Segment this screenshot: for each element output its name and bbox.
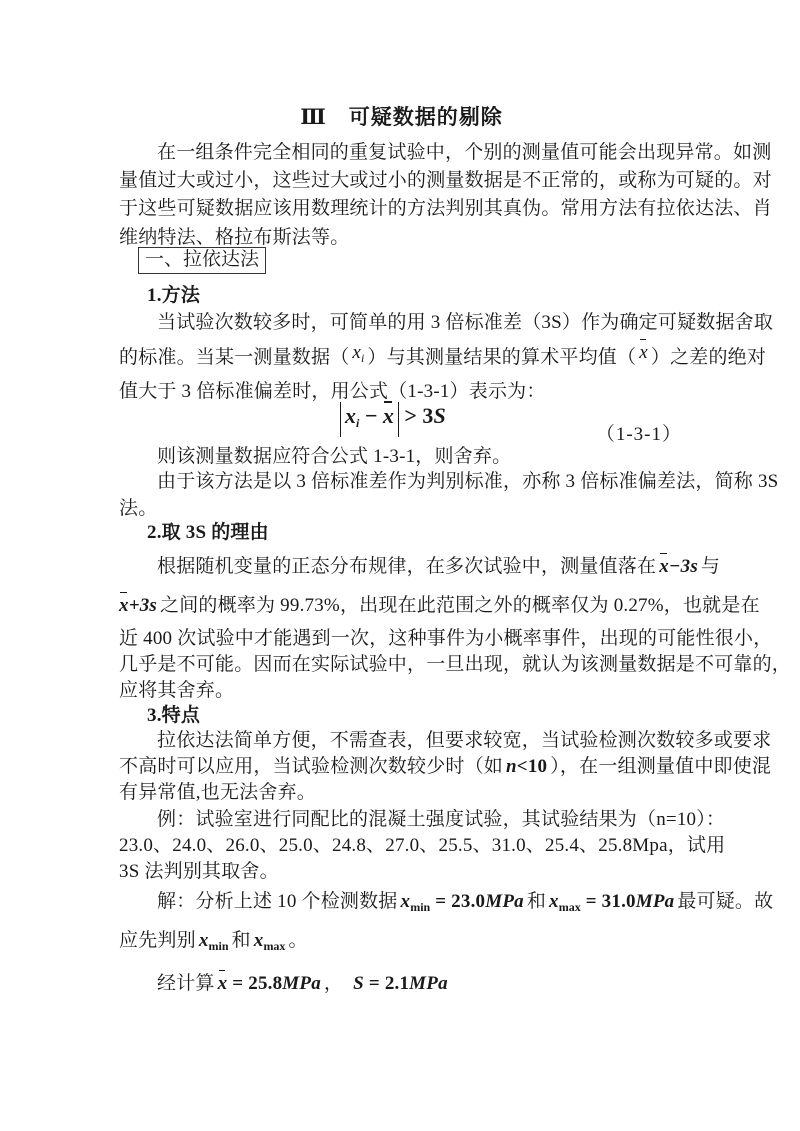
math-variable: x (199, 930, 209, 951)
math-xmax: xmax (254, 930, 286, 951)
method-line-3: 值大于 3 倍标准偏差时，用公式（1-3-1）表示为： (119, 380, 684, 404)
math-variable-overbar: x (218, 972, 228, 996)
math-expression: <10 (517, 756, 547, 777)
text-run: 和 (232, 930, 251, 951)
math-variable: x (254, 930, 264, 951)
math-variable-overbar: x (639, 341, 648, 365)
subheading-feature: 3.特点 (119, 704, 684, 728)
reason-line-1: 根据随机变量的正态分布规律，在多次试验中，测量值落在x−3s与 (119, 555, 684, 579)
subheading-reason: 2.取 3S 的理由 (119, 521, 684, 545)
math-x-sub-i: xi (352, 342, 364, 363)
reason-line-3: 近 400 次试验中才能遇到一次，这种事件为小概率事件，出现的可能性很小， (119, 627, 684, 651)
math-value: = 25.8 (232, 973, 282, 994)
absolute-value-bars: xi − x (340, 402, 399, 437)
intro-line-3: 于这些可疑数据应该用数理统计的方法判别其真伪。常用方法有拉依达法、肖 (119, 197, 684, 221)
math-x-bar: x (639, 342, 648, 363)
math-value: = 31.0 (586, 891, 636, 912)
text-run: 与 (701, 556, 720, 577)
math-variable: x (401, 891, 411, 912)
math-variable-overbar: x (383, 403, 394, 429)
feature-line-2: 不高时可以应用，当试验检测次数较少时（如n<10），在一组测量值中即使混 (119, 755, 684, 779)
math-xmax-value: xmax = 31.0MPa (549, 891, 674, 912)
intro-line-2: 量值过大或过小，这些过大或过小的测量数据是不正常的，或称为可疑的。对 (119, 169, 684, 193)
math-subscript: i (356, 416, 359, 430)
document-page: Ⅲ 可疑数据的剔除 在一组条件完全相同的重复试验中，个别的测量值可能会出现异常。… (0, 0, 800, 1131)
text-run: 和 (527, 891, 546, 912)
math-variable-overbar: x (659, 555, 669, 579)
math-variable: x (345, 403, 356, 428)
math-subscript: min (209, 939, 229, 953)
text-run: ， (324, 973, 343, 994)
text-run: ）之差的绝对 (651, 347, 766, 368)
reason-line-2: x+3s之间的概率为 99.73%，出现在此范围之外的概率仅为 0.27%，也就… (119, 594, 684, 618)
text-run: 的标准。当某一测量数据（ (119, 347, 349, 368)
math-variable: x (549, 891, 559, 912)
example-line-1: 例：试验室进行同配比的混凝土强度试验，其试验结果为（n=10）： (119, 808, 684, 832)
math-xmin-value: xmin = 23.0MPa (401, 891, 524, 912)
text-run: 之间的概率为 99.73%，出现在此范围之外的概率仅为 0.27%，也就是在 (160, 595, 760, 616)
equation-number: （1-3-1） (596, 419, 682, 446)
math-unit: MPa (485, 891, 524, 912)
math-subscript: min (410, 900, 430, 914)
feature-line-3: 有异常值,也无法舍弃。 (119, 781, 684, 805)
math-variable: S (353, 973, 364, 994)
math-s-value: S = 2.1MPa (353, 973, 448, 994)
math-xbar-plus-3s: x+3s (119, 595, 157, 616)
subheading-method: 1.方法 (119, 284, 684, 308)
judge-line-1: 则该测量数据应符合公式 1-3-1，则舍弃。 (119, 445, 684, 469)
text-run: 应先判别 (119, 930, 196, 951)
text-run: 不高时可以应用，当试验检测次数较少时（如 (119, 756, 503, 777)
method-line-2: 的标准。当某一测量数据（xi）与其测量结果的算术平均值（x）之差的绝对 (119, 346, 684, 375)
math-unit: MPa (282, 973, 321, 994)
math-value: = 2.1 (369, 973, 409, 994)
feature-line-1: 拉依达法简单方便，不需查表，但要求较宽，当试验检测次数较多或要求 (119, 729, 684, 753)
math-xbar-minus-3s: x−3s (659, 556, 698, 577)
math-n-less-than-10: n<10 (506, 756, 547, 777)
alias-line-2: 法。 (119, 497, 684, 521)
math-unit: MPa (409, 973, 448, 994)
text-run: ）与其测量结果的算术平均值（ (367, 347, 636, 368)
equation-row: xi − x > 3S （1-3-1） (119, 402, 684, 446)
method-line-1: 当试验次数较多时，可简单的用 3 倍标准差（3S）作为确定可疑数据舍取 (119, 311, 684, 335)
math-value: = 23.0 (435, 891, 485, 912)
section-heading-box: 一、拉依达法 (138, 247, 266, 274)
reason-line-4: 几乎是不可能。因而在实际试验中，一旦出现，就认为该测量数据是不可靠的， (119, 653, 684, 677)
math-xmin: xmin (199, 930, 229, 951)
text-run: 根据随机变量的正态分布规律，在多次试验中，测量值落在 (157, 556, 656, 577)
math-unit: MPa (636, 891, 675, 912)
intro-line-1: 在一组条件完全相同的重复试验中，个别的测量值可能会出现异常。如测 (119, 141, 684, 165)
math-subscript: max (263, 939, 285, 953)
math-xbar-value: x = 25.8MPa (218, 973, 321, 994)
math-variable: S (433, 403, 445, 428)
example-line-3: 3S 法判别其取舍。 (119, 860, 684, 884)
math-subscript: i (361, 351, 364, 365)
math-variable-overbar: x (119, 594, 129, 618)
text-run: 解：分析上述 10 个检测数据 (157, 891, 398, 912)
math-subscript: max (559, 900, 581, 914)
reason-line-5: 应将其舍弃。 (119, 679, 684, 703)
math-relation: > 3 (404, 403, 433, 428)
math-expression: −3s (669, 556, 698, 577)
example-line-2: 23.0、24.0、26.0、25.0、24.8、27.0、25.5、31.0、… (119, 834, 684, 858)
text-run: 经计算 (157, 973, 215, 994)
text-run: ），在一组测量值中即使混 (550, 756, 771, 777)
math-operator: − (365, 403, 378, 428)
solution-line-2: 应先判别xmin和xmax。 (119, 929, 684, 958)
equation-1-3-1: xi − x > 3S (340, 402, 446, 437)
document-content: Ⅲ 可疑数据的剔除 在一组条件完全相同的重复试验中，个别的测量值可能会出现异常。… (119, 0, 684, 1131)
page-title: Ⅲ 可疑数据的剔除 (119, 101, 684, 131)
calc-line-1: 经计算x = 25.8MPa，S = 2.1MPa (119, 972, 684, 996)
math-expression: +3s (129, 595, 157, 616)
math-variable: n (506, 756, 517, 777)
math-variable: x (352, 342, 361, 363)
solution-line-1: 解：分析上述 10 个检测数据xmin = 23.0MPa和xmax = 31.… (119, 890, 684, 919)
alias-line-1: 由于该方法是以 3 倍标准差作为判别标准，亦称 3 倍标准偏差法，简称 3S (119, 470, 684, 494)
text-run: 。 (288, 930, 307, 951)
text-run: 最可疑。故 (677, 891, 773, 912)
